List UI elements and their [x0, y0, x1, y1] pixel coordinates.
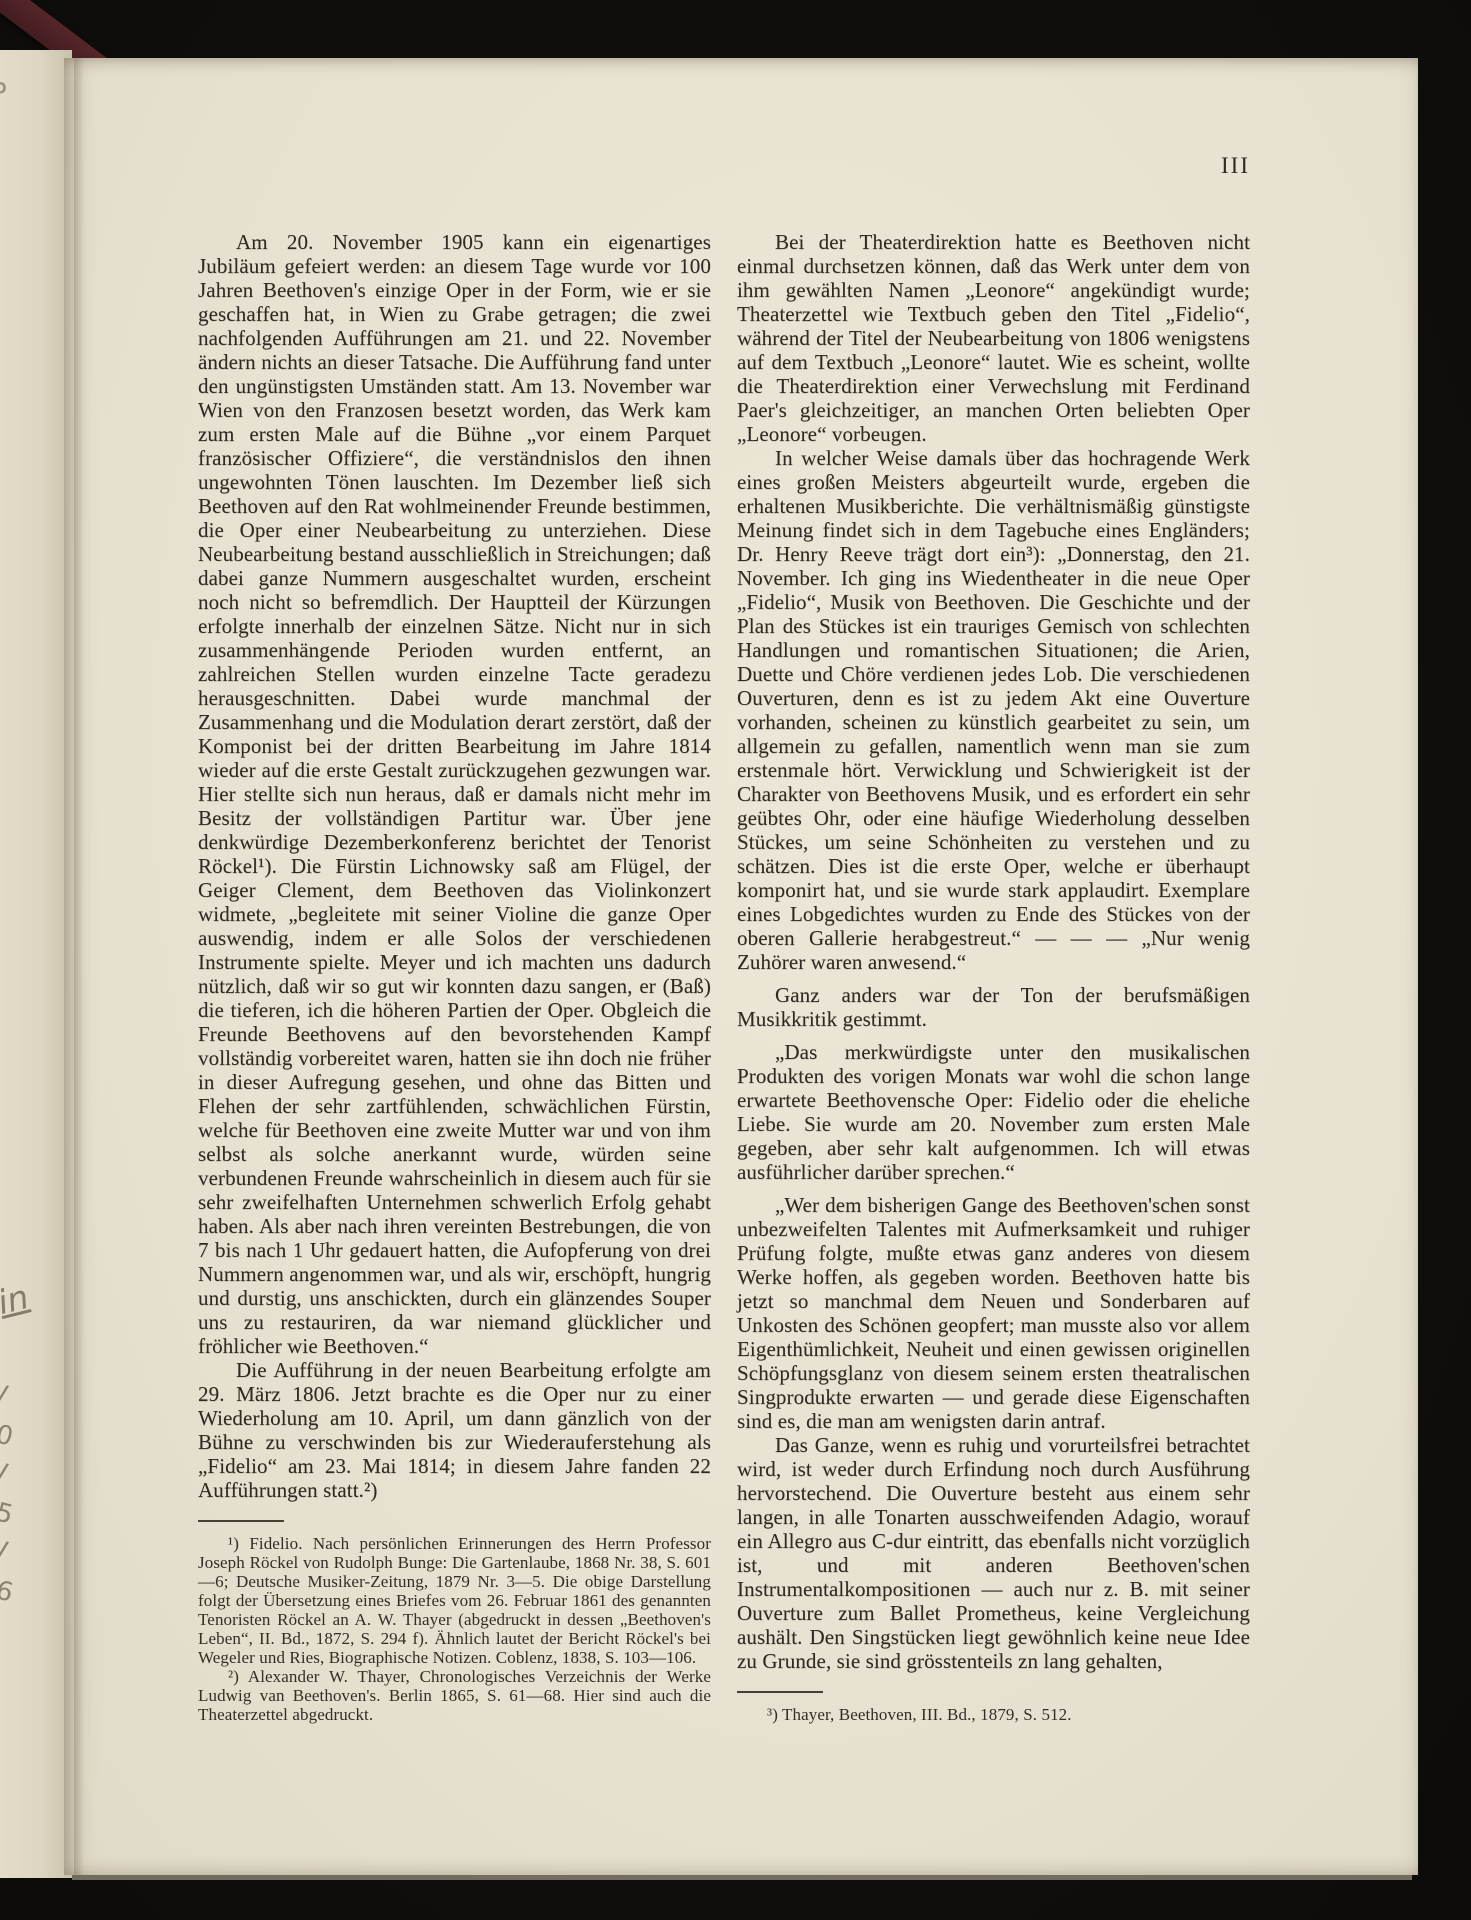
- paragraph: Das Ganze, wenn es ruhig und vorurteilsf…: [737, 1433, 1250, 1673]
- footnote-separator: [737, 1691, 823, 1693]
- footnote: ²) Alexander W. Thayer, Chronologisches …: [198, 1667, 711, 1724]
- page-stack-edge: [72, 1875, 1412, 1880]
- handwritten-letter-mark: P: [0, 78, 7, 108]
- handwritten-shelfmark: ∕ 0 ∕ 5 ∕ 6: [0, 1378, 13, 1612]
- paragraph: Die Aufführung in der neuen Bearbeitung …: [198, 1358, 711, 1502]
- paragraph: In welcher Weise damals über das hochrag…: [737, 446, 1250, 974]
- right-footnotes: ³) Thayer, Beethoven, III. Bd., 1879, S.…: [737, 1691, 1250, 1724]
- text-block: Am 20. November 1905 kann ein eigenartig…: [198, 230, 1250, 1724]
- footnote-separator: [198, 1520, 284, 1522]
- paragraph: Ganz anders war der Ton der berufsmäßige…: [737, 983, 1250, 1031]
- paragraph: „Das merkwürdigste unter den musikalisch…: [737, 1040, 1250, 1184]
- footnote: ¹) Fidelio. Nach persönlichen Erinnerung…: [198, 1534, 711, 1667]
- gutter-crease: [74, 58, 84, 1875]
- right-column: Bei der Theaterdirektion hatte es Beetho…: [737, 230, 1250, 1724]
- footnote: ³) Thayer, Beethoven, III. Bd., 1879, S.…: [737, 1705, 1250, 1724]
- page-number: III: [1221, 153, 1250, 179]
- paragraph: „Wer dem bisherigen Gange des Beethoven'…: [737, 1193, 1250, 1433]
- paragraph: Am 20. November 1905 kann ein eigenartig…: [198, 230, 711, 1358]
- left-column: Am 20. November 1905 kann ein eigenartig…: [198, 230, 711, 1724]
- paragraph: Bei der Theaterdirektion hatte es Beetho…: [737, 230, 1250, 446]
- book-page: III Am 20. November 1905 kann ein eigena…: [64, 58, 1418, 1875]
- left-footnotes: ¹) Fidelio. Nach persönlichen Erinnerung…: [198, 1520, 711, 1724]
